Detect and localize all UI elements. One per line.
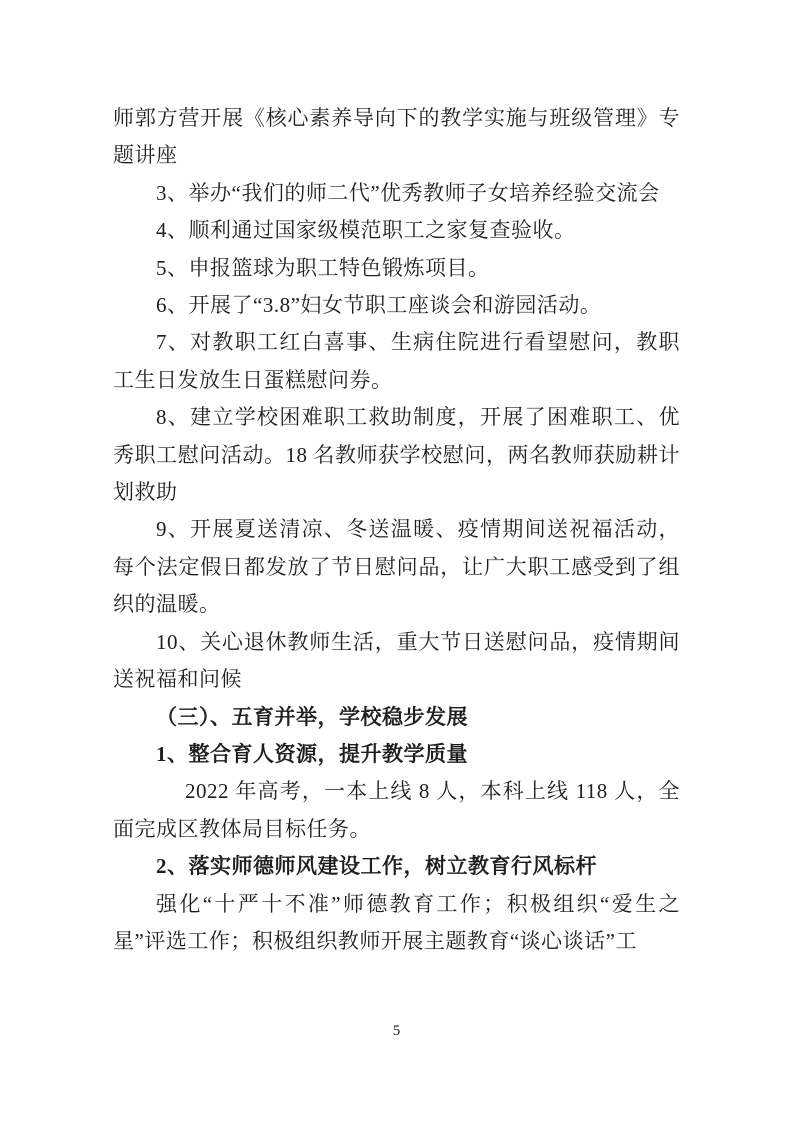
list-item-10: 10、关心退休教师生活，重大节日送慰问品，疫情期间送祝福和问候 [113,624,680,699]
document-page: 师郭方营开展《核心素养导向下的教学实施与班级管理》专题讲座 3、举办“我们的师二… [0,0,793,1122]
section-heading-three: （三）、五育并举，学校稳步发展 [113,699,680,736]
list-item-4: 4、顺利通过国家级模范职工之家复查验收。 [113,212,680,249]
list-item-8: 8、建立学校困难职工救助制度，开展了困难职工、优秀职工慰问活动。18 名教师获学… [113,399,680,511]
continued-paragraph: 师郭方营开展《核心素养导向下的教学实施与班级管理》专题讲座 [113,100,680,175]
list-item-7: 7、对教职工红白喜事、生病住院进行看望慰问，教职工生日发放生日蛋糕慰问券。 [113,324,680,399]
list-item-9: 9、开展夏送清凉、冬送温暖、疫情期间送祝福活动，每个法定假日都发放了节日慰问品，… [113,511,680,623]
subheading-1: 1、整合育人资源，提升教学质量 [113,736,680,773]
list-item-6: 6、开展了“3.8”妇女节职工座谈会和游园活动。 [113,287,680,324]
body-paragraph-gaokao-results: 2022 年高考，一本上线 8 人，本科上线 118 人，全面完成区教体局目标任… [113,773,680,848]
body-paragraph-shide: 强化“十严十不准”师德教育工作；积极组织“爱生之星”评选工作；积极组织教师开展主… [113,886,680,961]
list-item-5: 5、申报篮球为职工特色锻炼项目。 [113,250,680,287]
list-item-3: 3、举办“我们的师二代”优秀教师子女培养经验交流会 [113,175,680,212]
subheading-2: 2、落实师德师风建设工作，树立教育行风标杆 [113,848,680,885]
page-number: 5 [0,1022,793,1040]
page-body: 师郭方营开展《核心素养导向下的教学实施与班级管理》专题讲座 3、举办“我们的师二… [113,100,680,960]
